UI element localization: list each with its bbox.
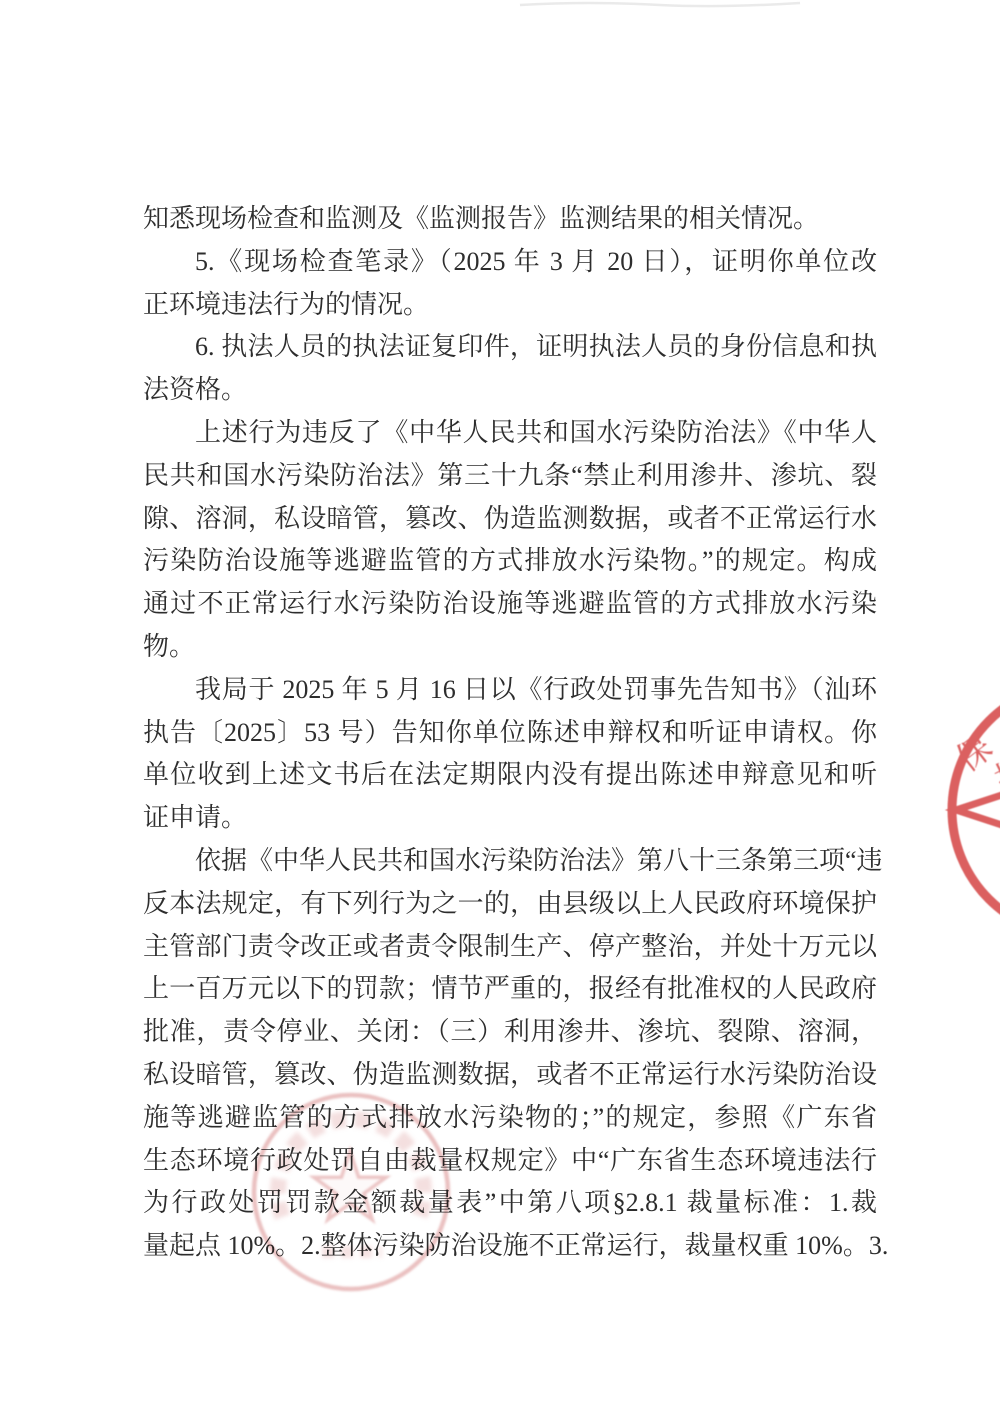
edge-seal-stamp: 保 护	[949, 684, 1000, 936]
document-text-block: 知悉现场检查和监测及《监测报告》监测结果的相关情况。5.《现场检查笔录》（202…	[143, 198, 877, 1268]
text-line: 施等逃避监管的方式排放水污染物的；”的规定，参照《广东省	[143, 1097, 877, 1140]
edge-seal-circle	[952, 684, 1000, 936]
text-line: 主管部门责令改正或者责令限制生产、停产整治，并处十万元以	[143, 926, 877, 969]
text-line: 单位收到上述文书后在法定期限内没有提出陈述申辩意见和听	[143, 754, 877, 797]
text-line: 通过不正常运行水污染防治设施等逃避监管的方式排放水污染	[143, 583, 877, 626]
text-line: 证申请。	[143, 797, 877, 840]
edge-seal-star-icon	[956, 694, 1000, 926]
text-line: 量起点 10%。2.整体污染防治设施不正常运行，裁量权重 10%。3.	[143, 1225, 877, 1268]
scan-smudge	[520, 3, 800, 6]
text-line: 隙、溶洞，私设暗管，篡改、伪造监测数据，或者不正常运行水	[143, 498, 877, 541]
text-line: 反本法规定，有下列行为之一的，由县级以上人民政府环境保护	[143, 883, 877, 926]
text-line: 上述行为违反了《中华人民共和国水污染防治法》《中华人	[143, 412, 877, 455]
text-line: 生态环境行政处罚自由裁量权规定》中“广东省生态环境违法行	[143, 1140, 877, 1183]
text-line: 物。	[143, 626, 877, 669]
text-line: 5.《现场检查笔录》（2025 年 3 月 20 日），证明你单位改	[143, 241, 877, 284]
text-line: 污染防治设施等逃避监管的方式排放水污染物。”的规定。构成	[143, 540, 877, 583]
text-line: 批准，责令停业、关闭：（三）利用渗井、渗坑、裂隙、溶洞，	[143, 1011, 877, 1054]
document-page: 知悉现场检查和监测及《监测报告》监测结果的相关情况。5.《现场检查笔录》（202…	[0, 0, 1000, 1414]
text-line: 依据《中华人民共和国水污染防治法》第八十三条第三项“违	[143, 840, 877, 883]
edge-seal-partial-char: 护	[989, 751, 1000, 800]
text-line: 法资格。	[143, 369, 877, 412]
text-line: 执告〔2025〕53 号）告知你单位陈述申辩权和听证申请权。你	[143, 712, 877, 755]
text-line: 正环境违法行为的情况。	[143, 284, 877, 327]
text-line: 上一百万元以下的罚款；情节严重的，报经有批准权的人民政府	[143, 968, 877, 1011]
edge-seal-char: 保	[949, 728, 999, 779]
text-line: 6. 执法人员的执法证复印件，证明执法人员的身份信息和执	[143, 326, 877, 369]
text-line: 我局于 2025 年 5 月 16 日以《行政处罚事先告知书》（汕环	[143, 669, 877, 712]
text-line: 为行政处罚罚款金额裁量表”中第八项§2.8.1 裁量标准：1.裁	[143, 1182, 877, 1225]
text-line: 私设暗管，篡改、伪造监测数据，或者不正常运行水污染防治设	[143, 1054, 877, 1097]
text-line: 民共和国水污染防治法》第三十九条“禁止利用渗井、渗坑、裂	[143, 455, 877, 498]
text-line: 知悉现场检查和监测及《监测报告》监测结果的相关情况。	[143, 198, 877, 241]
